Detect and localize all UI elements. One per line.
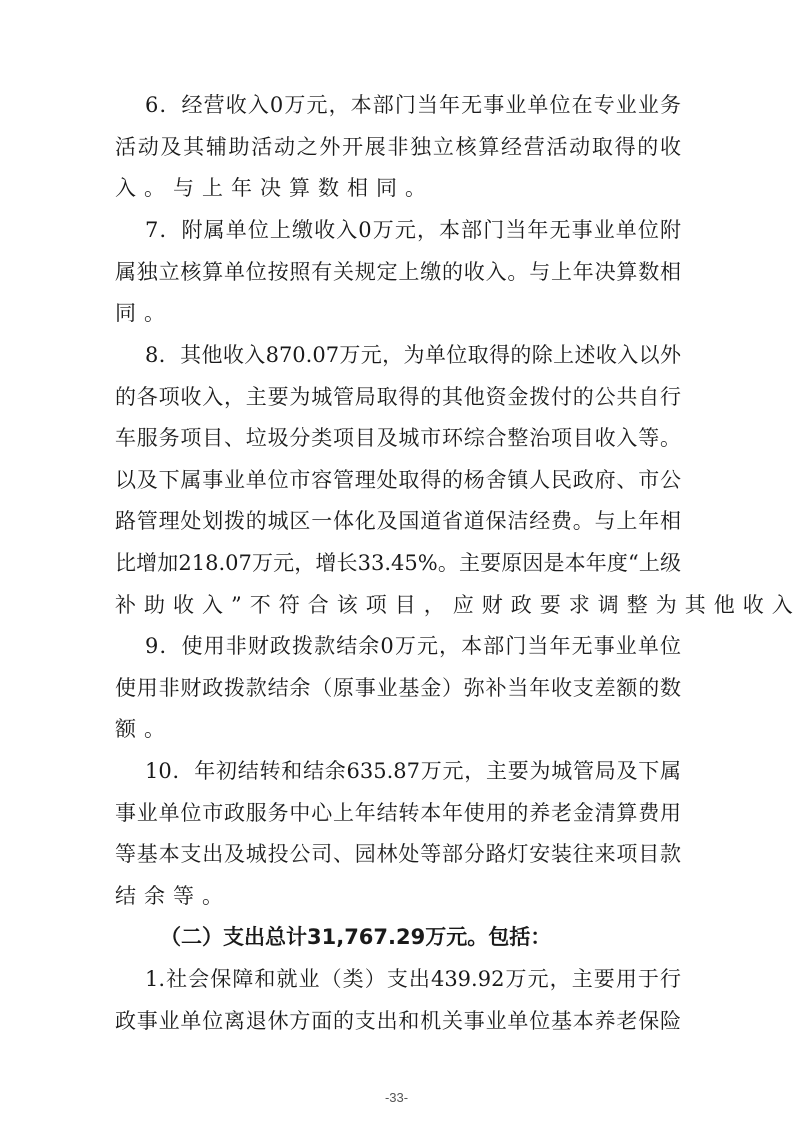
paragraph-line: 的各项收入，主要为城管局取得的其他资金拨付的公共自行 bbox=[115, 382, 681, 412]
paragraph-line: 10．年初结转和结余635.87万元，主要为城管局及下属 bbox=[145, 756, 681, 786]
paragraph-line: 8．其他收入870.07万元，为单位取得的除上述收入以外 bbox=[145, 340, 681, 370]
paragraph-line: 等基本支出及城投公司、园林处等部分路灯安装往来项目款 bbox=[115, 839, 681, 869]
document-page: 6．经营收入0万元，本部门当年无事业单位在专业业务 活动及其辅助活动之外开展非独… bbox=[0, 0, 793, 1122]
paragraph-line: 额。 bbox=[115, 714, 681, 744]
paragraph-line: 事业单位市政服务中心上年结转本年使用的养老金清算费用 bbox=[115, 798, 681, 828]
paragraph-line: 补助收入”不符合该项目，应财政要求调整为其他收入。 bbox=[115, 590, 681, 620]
paragraph-line: 入。与上年决算数相同。 bbox=[115, 173, 681, 203]
paragraph-line: 比增加218.07万元，增长33.45%。主要原因是本年度“上级 bbox=[115, 548, 681, 578]
paragraph-line: 使用非财政拨款结余（原事业基金）弥补当年收支差额的数 bbox=[115, 673, 681, 703]
paragraph-line: 以及下属事业单位市容管理处取得的杨舍镇人民政府、市公 bbox=[115, 465, 681, 495]
page-number: -33- bbox=[0, 1090, 793, 1105]
paragraph-line: 同。 bbox=[115, 298, 681, 328]
paragraph-line: 活动及其辅助活动之外开展非独立核算经营活动取得的收 bbox=[115, 132, 681, 162]
paragraph-line: 属独立核算单位按照有关规定上缴的收入。与上年决算数相 bbox=[115, 257, 681, 287]
paragraph-line: 结余等。 bbox=[115, 881, 681, 911]
paragraph-line: 政事业单位离退休方面的支出和机关事业单位基本养老保险 bbox=[115, 1006, 681, 1036]
section-heading: （二）支出总计31,767.29万元。包括： bbox=[160, 922, 600, 952]
paragraph-line: 7．附属单位上缴收入0万元，本部门当年无事业单位附 bbox=[145, 215, 681, 245]
paragraph-line: 路管理处划拨的城区一体化及国道省道保洁经费。与上年相 bbox=[115, 506, 681, 536]
paragraph-line: 车服务项目、垃圾分类项目及城市环综合整治项目收入等。 bbox=[115, 423, 681, 453]
paragraph-line: 9．使用非财政拨款结余0万元，本部门当年无事业单位 bbox=[145, 631, 681, 661]
paragraph-line: 1.社会保障和就业（类）支出439.92万元，主要用于行 bbox=[145, 964, 681, 994]
paragraph-line: 6．经营收入0万元，本部门当年无事业单位在专业业务 bbox=[145, 90, 681, 120]
